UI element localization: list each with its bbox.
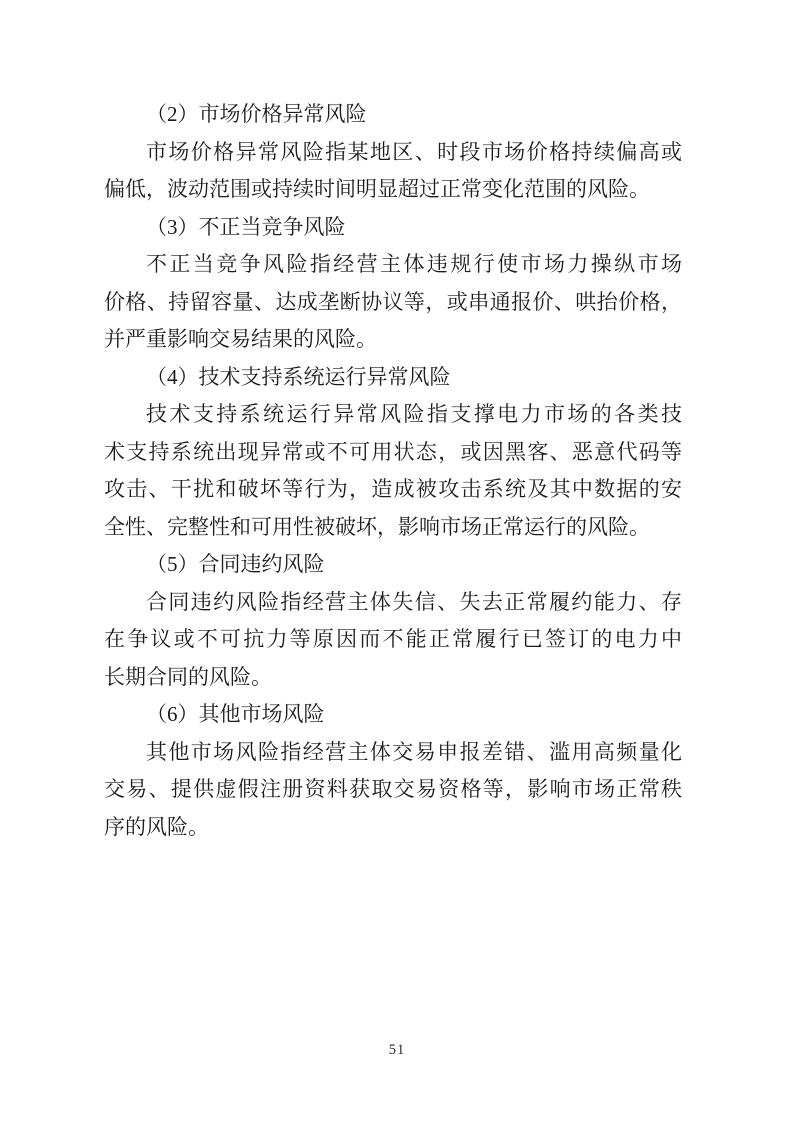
section-heading: （4）技术支持系统运行异常风险 (104, 359, 682, 397)
document-body: （2）市场价格异常风险市场价格异常风险指某地区、时段市场价格持续偏高或偏低，波动… (104, 96, 682, 846)
body-line: 市场价格异常风险指某地区、时段市场价格持续偏高或 (104, 134, 682, 172)
body-line: 合同违约风险指经营主体失信、失去正常履约能力、存 (104, 584, 682, 622)
body-line: 其他市场风险指经营主体交易申报差错、滥用高频量化 (104, 734, 682, 772)
body-line: 在争议或不可抗力等原因而不能正常履行已签订的电力中 (104, 621, 682, 659)
body-line: 不正当竞争风险指经营主体违规行使市场力操纵市场 (104, 246, 682, 284)
body-line: 价格、持留容量、达成垄断协议等，或串通报价、哄抬价格， (104, 284, 682, 322)
section-heading: （5）合同违约风险 (104, 546, 682, 584)
body-line: 偏低，波动范围或持续时间明显超过正常变化范围的风险。 (104, 171, 682, 209)
section-heading: （2）市场价格异常风险 (104, 96, 682, 134)
page-footer: 51 (0, 1041, 794, 1059)
document-page: （2）市场价格异常风险市场价格异常风险指某地区、时段市场价格持续偏高或偏低，波动… (0, 0, 794, 1123)
body-line: 术支持系统出现异常或不可用状态，或因黑客、恶意代码等 (104, 434, 682, 472)
body-line: 攻击、干扰和破坏等行为，造成被攻击系统及其中数据的安 (104, 471, 682, 509)
body-line: 全性、完整性和可用性被破坏，影响市场正常运行的风险。 (104, 509, 682, 547)
section-heading: （6）其他市场风险 (104, 696, 682, 734)
body-line: 长期合同的风险。 (104, 659, 682, 697)
body-line: 序的风险。 (104, 809, 682, 847)
body-line: 技术支持系统运行异常风险指支撑电力市场的各类技 (104, 396, 682, 434)
page-number: 51 (389, 1042, 406, 1058)
body-line: 交易、提供虚假注册资料获取交易资格等，影响市场正常秩 (104, 771, 682, 809)
body-line: 并严重影响交易结果的风险。 (104, 321, 682, 359)
section-heading: （3）不正当竞争风险 (104, 209, 682, 247)
